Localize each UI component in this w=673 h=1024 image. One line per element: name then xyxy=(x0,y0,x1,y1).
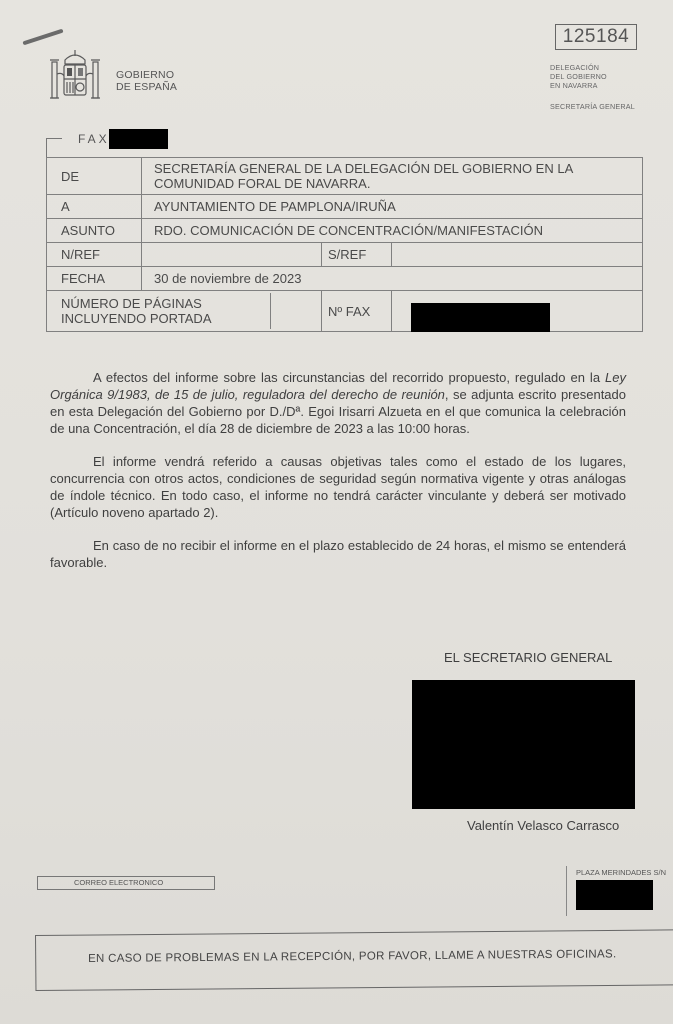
table-row-fecha: FECHA 30 de noviembre de 2023 xyxy=(47,267,643,291)
delegation-line-2: DEL GOBIERNO xyxy=(550,72,607,81)
table-row-de: DE SECRETARÍA GENERAL DE LA DELEGACIÓN D… xyxy=(47,158,643,195)
paragraph-3: En caso de no recibir el informe en el p… xyxy=(50,537,626,571)
de-value: SECRETARÍA GENERAL DE LA DELEGACIÓN DEL … xyxy=(142,158,643,195)
sref-label: S/REF xyxy=(322,243,392,267)
table-row-paginas: NÚMERO DE PÁGINAS INCLUYENDO PORTADA Nº … xyxy=(47,291,643,332)
fax-cover-page: GOBIERNO DE ESPAÑA 125184 DELEGACIÓN DEL… xyxy=(0,0,673,1024)
signatory-title: EL SECRETARIO GENERAL xyxy=(444,650,612,665)
a-value: AYUNTAMIENTO DE PAMPLONA/IRUÑA xyxy=(142,195,643,219)
pen-mark xyxy=(22,29,63,46)
nfax-redaction xyxy=(411,303,550,332)
letter-body: A efectos del informe sobre las circunst… xyxy=(50,369,626,587)
nref-value xyxy=(142,243,322,267)
frame-line xyxy=(46,138,47,158)
asunto-label: ASUNTO xyxy=(47,219,142,243)
fax-label: FAX xyxy=(78,132,110,146)
paginas-value xyxy=(271,293,321,329)
sref-value xyxy=(392,243,643,267)
paragraph-1-intro: A efectos del informe sobre las circunst… xyxy=(93,370,605,385)
fax-header-table: DE SECRETARÍA GENERAL DE LA DELEGACIÓN D… xyxy=(46,157,643,332)
de-value-line-1: SECRETARÍA GENERAL DE LA DELEGACIÓN DEL … xyxy=(154,161,630,176)
address-divider xyxy=(566,866,567,916)
paginas-cell: NÚMERO DE PÁGINAS INCLUYENDO PORTADA xyxy=(47,291,322,332)
office-address: PLAZA MERINDADES S/N xyxy=(576,868,666,877)
a-label: A xyxy=(47,195,142,219)
spain-coat-of-arms-icon xyxy=(47,48,103,104)
fecha-label: FECHA xyxy=(47,267,142,291)
delegation-line-3: EN NAVARRA xyxy=(550,81,607,90)
department-name: SECRETARÍA GENERAL xyxy=(550,102,635,111)
asunto-value: RDO. COMUNICACIÓN DE CONCENTRACIÓN/MANIF… xyxy=(142,219,643,243)
table-row-ref: N/REF S/REF xyxy=(47,243,643,267)
gov-line-2: DE ESPAÑA xyxy=(116,81,177,93)
signatory-name: Valentín Velasco Carrasco xyxy=(467,818,619,833)
paragraph-1: A efectos del informe sobre las circunst… xyxy=(50,369,626,437)
registry-number: 125184 xyxy=(555,24,637,50)
de-value-line-2: COMUNIDAD FORAL DE NAVARRA. xyxy=(154,176,630,191)
nref-label: N/REF xyxy=(47,243,142,267)
paginas-label: NÚMERO DE PÁGINAS INCLUYENDO PORTADA xyxy=(47,293,271,329)
nfax-label: Nº FAX xyxy=(322,291,392,332)
table-row-a: A AYUNTAMIENTO DE PAMPLONA/IRUÑA xyxy=(47,195,643,219)
delegation-line-1: DELEGACIÓN xyxy=(550,63,607,72)
paginas-label-line-1: NÚMERO DE PÁGINAS xyxy=(61,296,256,311)
paginas-label-line-2: INCLUYENDO PORTADA xyxy=(61,311,256,326)
de-label: DE xyxy=(47,158,142,195)
paragraph-2: El informe vendrá referido a causas obje… xyxy=(50,453,626,521)
delegation-name: DELEGACIÓN DEL GOBIERNO EN NAVARRA xyxy=(550,63,607,90)
fecha-value: 30 de noviembre de 2023 xyxy=(142,267,643,291)
frame-line xyxy=(46,138,62,139)
fax-number-redaction xyxy=(109,129,168,149)
signature-redaction xyxy=(412,680,635,809)
email-field: CORREO ELECTRONICO xyxy=(37,876,215,890)
table-row-asunto: ASUNTO RDO. COMUNICACIÓN DE CONCENTRACIÓ… xyxy=(47,219,643,243)
address-redaction xyxy=(576,880,653,910)
government-name: GOBIERNO DE ESPAÑA xyxy=(116,69,177,93)
gov-line-1: GOBIERNO xyxy=(116,69,177,81)
